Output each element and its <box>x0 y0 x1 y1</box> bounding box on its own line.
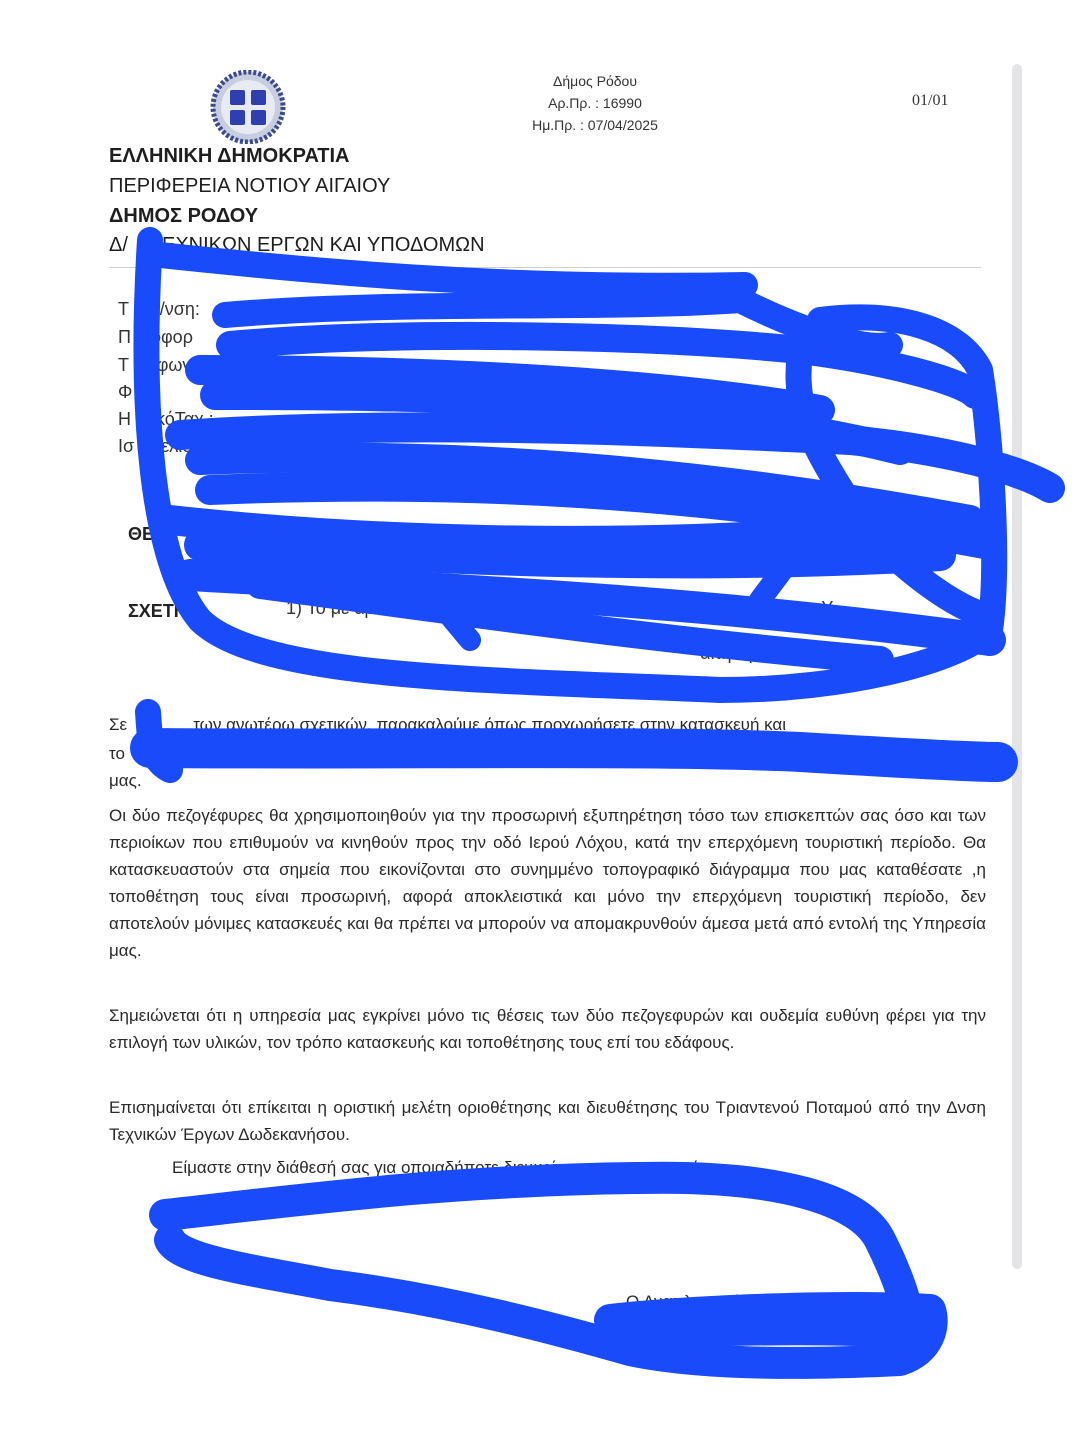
body-paragraph-3: Σημειώνεται ότι η υπηρεσία μας εγκρίνει … <box>109 1002 986 1056</box>
recipient-fragment: ΙΑΛΥΣΟ 510 <box>677 337 784 355</box>
contact-label-phone: Τ έφων <box>118 355 191 376</box>
body-paragraph-1-line-3: μας. <box>109 767 986 794</box>
references-label: ΣΧΕΤΙ <box>128 601 179 622</box>
contact-value-fax: 241364695 <box>276 382 366 403</box>
protocol-stamp: Δήμος Ρόδου Αρ.Πρ. : 16990 Ημ.Πρ. : 07/0… <box>480 70 710 136</box>
body-paragraph-1-line-1: Σε των ανωτέρω σχετικών, παρακαλούμε όπω… <box>109 711 986 738</box>
header-republic: ΕΛΛΗΝΙΚΗ ΔΗΜΟΚΡΑΤΙΑ <box>109 145 350 168</box>
header-divider <box>109 267 981 268</box>
contact-label-info: Π οφορ <box>118 327 193 348</box>
page-number: 01/01 <box>912 92 948 110</box>
scrollbar[interactable] <box>1012 64 1022 1269</box>
contact-label-website: Ισ τελίδα <box>118 436 203 457</box>
reference-item-1: 1) Το με αρ πρωτ. <box>286 598 453 619</box>
header-region: ΠΕΡΙΦΕΡΕΙΑ ΝΟΤΙΟΥ ΑΙΓΑΙΟΥ <box>109 175 390 198</box>
document-page: Δήμος Ρόδου Αρ.Πρ. : 16990 Ημ.Πρ. : 07/0… <box>0 0 1080 1454</box>
contact-label-email: Η /κόΤαχ.: <box>118 409 214 430</box>
contact-label-fax: Φ : <box>118 382 157 403</box>
reference-item-2: αίτηση σας. <box>700 643 793 664</box>
body-paragraph-4: Επισημαίνεται ότι επίκειται η οριστική μ… <box>109 1094 986 1148</box>
closing-line: Είμαστε στην διάθεσή σας για οποιαδήποτε… <box>172 1158 712 1178</box>
subject-label: ΘΕ <box>128 524 154 545</box>
protocol-date: Ημ.Πρ. : 07/04/2025 <box>480 114 710 136</box>
stamp-issuer: Δήμος Ρόδου <box>480 70 710 92</box>
greek-emblem-icon <box>210 70 286 144</box>
body-paragraph-1-line-2: το <box>109 740 986 767</box>
subject-text: έτη και κατασκευή <box>236 522 424 543</box>
header-department: Δ/ ΤΕΧΝΙΚΩΝ ΕΡΓΩΝ ΚΑΙ ΥΠΟΔΟΜΩΝ <box>109 234 485 257</box>
subject-text-2: οσο σ <box>790 522 837 543</box>
reference-item-1-tail: ης Υ <box>798 598 833 619</box>
signature-title: Ο Αναπληρωτής Προϊστάμενος <box>626 1292 859 1312</box>
body-paragraph-2: Οι δύο πεζογέφυρες θα χρησιμοποιηθούν γι… <box>109 802 986 964</box>
protocol-number: Αρ.Πρ. : 16990 <box>480 92 710 114</box>
contact-label-address: Τ Δ/νση: <box>118 299 200 320</box>
header-municipality: ΔΗΜΟΣ ΡΟΔΟΥ <box>109 205 258 228</box>
contact-value-info: ολας Αντώνιος <box>228 327 398 348</box>
